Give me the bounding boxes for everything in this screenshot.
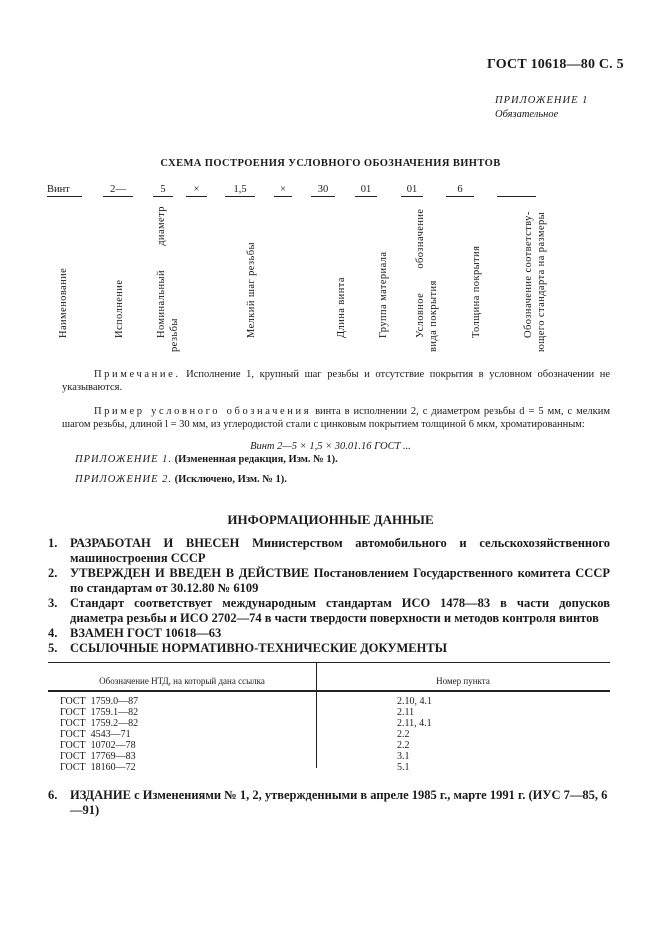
info-item-2-text: УТВЕРЖДЕН И ВВЕДЕН В ДЕЙСТВИЕ Постановле… bbox=[70, 566, 610, 596]
label-nominal-diameter: Номинальный диаметр bbox=[156, 206, 168, 338]
info-item-1: 1. РАЗРАБОТАН И ВНЕСЕН Министерством авт… bbox=[48, 536, 610, 566]
note-paragraph: Примечание. Исполнение 1, крупный шаг ре… bbox=[62, 368, 610, 394]
appendix-status: Обязательное bbox=[495, 109, 558, 120]
slot-name: Винт bbox=[47, 183, 82, 197]
slot-coating-type: 01 bbox=[401, 183, 423, 197]
table-cell-clause: 3.1 bbox=[397, 751, 410, 762]
label-coating-designation: Условное обозначение bbox=[415, 209, 427, 338]
slot-coating-thickness: 6 bbox=[446, 183, 474, 197]
info-item-3-text: Стандарт соответствует международным ста… bbox=[70, 596, 610, 626]
info-item-5-number: 5. bbox=[48, 641, 68, 656]
slot-pitch: 1,5 bbox=[225, 183, 255, 197]
table-cell-doc: ГОСТ 17769—83 bbox=[60, 751, 136, 762]
appendix-note-1-label: ПРИЛОЖЕНИЕ 1. bbox=[75, 454, 172, 465]
label-coating-designation-2: вида покрытия bbox=[428, 280, 440, 352]
appendix-note-2: ПРИЛОЖЕНИЕ 2. (Исключено, Изм. № 1). bbox=[75, 474, 287, 485]
slot-material-group: 01 bbox=[355, 183, 377, 197]
info-item-5-text: ССЫЛОЧНЫЕ НОРМАТИВНО-ТЕХНИЧЕСКИЕ ДОКУМЕН… bbox=[70, 641, 610, 656]
info-item-4-text: ВЗАМЕН ГОСТ 10618—63 bbox=[70, 626, 610, 641]
table-cell-clause: 2.2 bbox=[397, 729, 410, 740]
info-item-5: 5. ССЫЛОЧНЫЕ НОРМАТИВНО-ТЕХНИЧЕСКИЕ ДОКУ… bbox=[48, 641, 610, 656]
example-paragraph: Пример условного обозначения винта в исп… bbox=[62, 405, 610, 431]
note-lead: Примечание. bbox=[94, 369, 181, 380]
table-cell-doc: ГОСТ 1759.1—82 bbox=[60, 707, 138, 718]
info-item-1-text: РАЗРАБОТАН И ВНЕСЕН Министерством автомо… bbox=[70, 536, 610, 566]
info-item-3: 3. Стандарт соответствует международным … bbox=[48, 596, 610, 626]
table-header-document: Обозначение НТД, на который дана ссылка bbox=[48, 676, 316, 686]
appendix-note-1: ПРИЛОЖЕНИЕ 1. (Измененная редакция, Изм.… bbox=[75, 454, 338, 465]
table-header-clause: Номер пункта bbox=[316, 676, 610, 686]
info-title: ИНФОРМАЦИОННЫЕ ДАННЫЕ bbox=[0, 512, 661, 528]
info-item-6: 6. ИЗДАНИЕ с Изменениями № 1, 2, утвержд… bbox=[48, 788, 610, 818]
appendix-label: ПРИЛОЖЕНИЕ 1 bbox=[495, 95, 588, 106]
table-cell-doc: ГОСТ 1759.0—87 bbox=[60, 696, 138, 707]
table-header-rule bbox=[48, 690, 610, 692]
info-item-4: 4. ВЗАМЕН ГОСТ 10618—63 bbox=[48, 626, 610, 641]
slot-length: 30 bbox=[311, 183, 335, 197]
info-item-3-number: 3. bbox=[48, 596, 68, 611]
info-item-2-number: 2. bbox=[48, 566, 68, 581]
info-item-2: 2. УТВЕРЖДЕН И ВВЕДЕН В ДЕЙСТВИЕ Постано… bbox=[48, 566, 610, 596]
info-item-1-number: 1. bbox=[48, 536, 68, 551]
label-fine-pitch: Мелкий шаг резьбы bbox=[246, 242, 258, 338]
label-material-group: Группа материала bbox=[378, 252, 390, 338]
slot-version: 2— bbox=[103, 183, 133, 197]
appendix-note-2-text: (Исключено, Изм. № 1). bbox=[172, 474, 287, 485]
table-cell-clause: 2.11, 4.1 bbox=[397, 718, 432, 729]
label-standard-designation-2: ющего стандарта на размеры bbox=[536, 212, 548, 352]
appendix-note-2-label: ПРИЛОЖЕНИЕ 2. bbox=[75, 474, 172, 485]
info-item-4-number: 4. bbox=[48, 626, 68, 641]
table-cell-doc: ГОСТ 10702—78 bbox=[60, 740, 136, 751]
table-cell-clause: 2.10, 4.1 bbox=[397, 696, 432, 707]
label-version: Исполнение bbox=[114, 280, 126, 338]
table-cell-clause: 2.11 bbox=[397, 707, 414, 718]
slot-times-2: × bbox=[274, 183, 292, 197]
example-formula: Винт 2—5 × 1,5 × 30.01.16 ГОСТ ... bbox=[0, 441, 661, 452]
table-cell-doc: ГОСТ 18160—72 bbox=[60, 762, 136, 773]
slot-times-1: × bbox=[186, 183, 207, 197]
page-reference: ГОСТ 10618—80 С. 5 bbox=[487, 57, 624, 73]
label-name: Наименование bbox=[58, 268, 70, 338]
table-cell-clause: 5.1 bbox=[397, 762, 410, 773]
label-length: Длина винта bbox=[336, 277, 348, 338]
slot-standard bbox=[497, 183, 536, 197]
label-coating-thickness: Толщина покрытия bbox=[471, 246, 483, 338]
example-lead: Пример условного обозначения bbox=[94, 406, 311, 417]
table-cell-doc: ГОСТ 4543—71 bbox=[60, 729, 131, 740]
scheme-title: СХЕМА ПОСТРОЕНИЯ УСЛОВНОГО ОБОЗНАЧЕНИЯ В… bbox=[0, 158, 661, 169]
table-cell-clause: 2.2 bbox=[397, 740, 410, 751]
label-standard-designation: Обозначение соответству- bbox=[523, 211, 535, 338]
slot-diameter: 5 bbox=[153, 183, 173, 197]
appendix-note-1-text: (Измененная редакция, Изм. № 1). bbox=[172, 454, 338, 465]
info-item-6-number: 6. bbox=[48, 788, 68, 803]
info-item-6-text: ИЗДАНИЕ с Изменениями № 1, 2, утвержденн… bbox=[70, 788, 610, 818]
table-cell-doc: ГОСТ 1759.2—82 bbox=[60, 718, 138, 729]
label-nominal-diameter-2: резьбы bbox=[169, 318, 181, 352]
table-top-rule bbox=[48, 662, 610, 663]
